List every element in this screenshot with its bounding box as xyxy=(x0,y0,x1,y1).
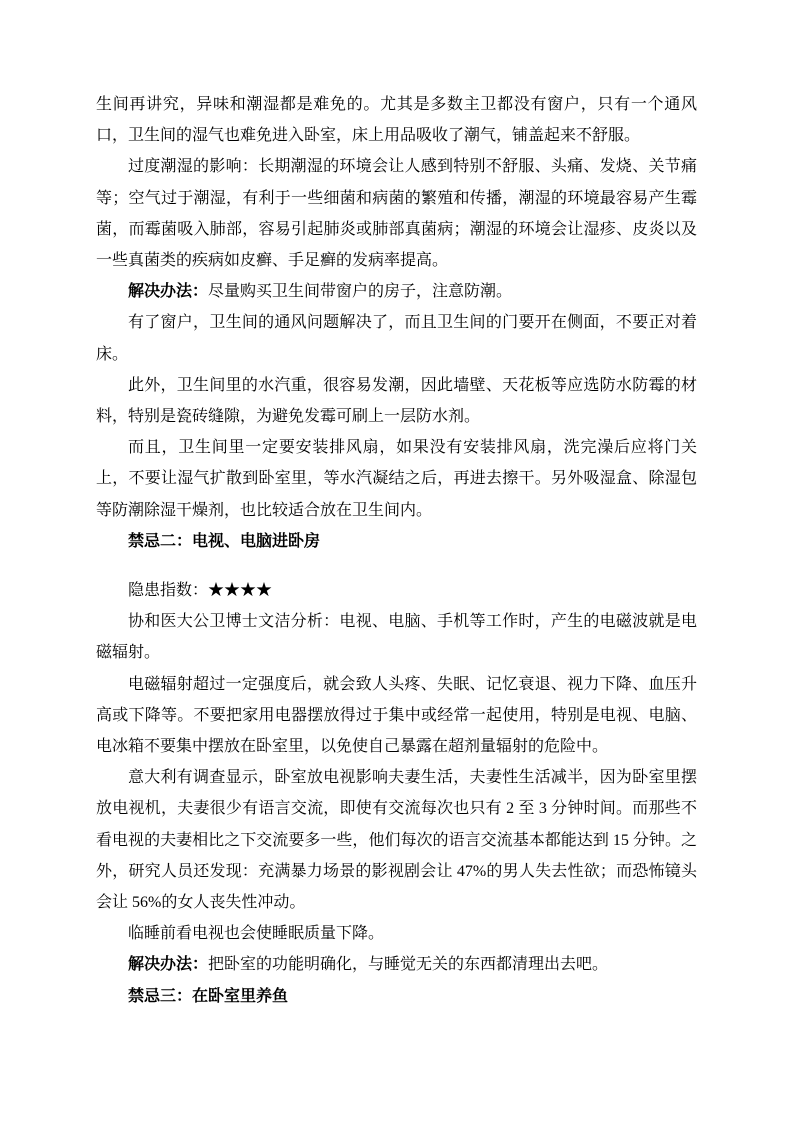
paragraph-text: 而且，卫生间里一定要安装排风扇，如果没有安装排风扇，洗完澡后应将门关上，不要让湿… xyxy=(96,439,697,518)
paragraph-text: 此外，卫生间里的水汽重，很容易发潮，因此墙壁、天花板等应选防水防霉的材料，特别是… xyxy=(96,377,697,425)
paragraph-italy-survey: 意大利有调查显示，卧室放电视影响夫妻生活，夫妻性生活减半，因为卧室里摆放电视机，… xyxy=(96,762,697,918)
paragraph-text: 把卧室的功能明确化，与睡觉无关的东西都清理出去吧。 xyxy=(208,956,608,973)
solution-label: 解决办法： xyxy=(128,283,208,300)
paragraph-text: 有了窗户，卫生间的通风问题解决了，而且卫生间的门要开在侧面，不要正对着床。 xyxy=(96,314,697,362)
solution-label: 解决办法： xyxy=(128,956,208,973)
hazard-index-text: 隐患指数：★★★★ xyxy=(128,582,272,599)
paragraph-solution-bedroom: 解决办法：把卧室的功能明确化，与睡觉无关的东西都清理出去吧。 xyxy=(96,949,697,980)
paragraph-excess-humidity-effects: 过度潮湿的影响：长期潮湿的环境会让人感到特别不舒服、头痛、发烧、关节痛等；空气过… xyxy=(96,151,697,276)
blank-line xyxy=(96,557,697,575)
paragraph-tv-before-sleep: 临睡前看电视也会使睡眠质量下降。 xyxy=(96,918,697,949)
heading-text: 禁忌三：在卧室里养鱼 xyxy=(128,988,288,1005)
paragraph-emf-effects: 电磁辐射超过一定强度后，就会致人头疼、失眠、记忆衰退、视力下降、血压升高或下降等… xyxy=(96,669,697,763)
paragraph-text: 协和医大公卫博士文洁分析：电视、电脑、手机等工作时，产生的电磁波就是电磁辐射。 xyxy=(96,613,697,661)
paragraph-text: 电磁辐射超过一定强度后，就会致人头疼、失眠、记忆衰退、视力下降、血压升高或下降等… xyxy=(96,676,697,755)
heading-text: 禁忌二：电视、电脑进卧房 xyxy=(128,533,320,550)
paragraph-text: 过度潮湿的影响：长期潮湿的环境会让人感到特别不舒服、头痛、发烧、关节痛等；空气过… xyxy=(96,158,697,269)
paragraph-text: 意大利有调查显示，卧室放电视影响夫妻生活，夫妻性生活减半，因为卧室里摆放电视机，… xyxy=(96,769,697,911)
heading-taboo-3: 禁忌三：在卧室里养鱼 xyxy=(96,981,697,1012)
paragraph-bathroom-intro-continuation: 生间再讲究，异味和潮湿都是难免的。尤其是多数主卫都没有窗户，只有一个通风口，卫生… xyxy=(96,89,697,151)
heading-taboo-2: 禁忌二：电视、电脑进卧房 xyxy=(96,526,697,557)
paragraph-text: 生间再讲究，异味和潮湿都是难免的。尤其是多数主卫都没有窗户，只有一个通风口，卫生… xyxy=(96,96,697,144)
paragraph-expert-analysis: 协和医大公卫博士文洁分析：电视、电脑、手机等工作时，产生的电磁波就是电磁辐射。 xyxy=(96,606,697,668)
paragraph-waterproof-materials: 此外，卫生间里的水汽重，很容易发潮，因此墙壁、天花板等应选防水防霉的材料，特别是… xyxy=(96,370,697,432)
paragraph-text: 尽量购买卫生间带窗户的房子，注意防潮。 xyxy=(208,283,512,300)
paragraph-window-ventilation: 有了窗户，卫生间的通风问题解决了，而且卫生间的门要开在侧面，不要正对着床。 xyxy=(96,307,697,369)
hazard-index-line: 隐患指数：★★★★ xyxy=(96,575,697,606)
paragraph-exhaust-fan: 而且，卫生间里一定要安装排风扇，如果没有安装排风扇，洗完澡后应将门关上，不要让湿… xyxy=(96,432,697,526)
paragraph-text: 临睡前看电视也会使睡眠质量下降。 xyxy=(128,925,384,942)
paragraph-solution-bathroom: 解决办法：尽量购买卫生间带窗户的房子，注意防潮。 xyxy=(96,276,697,307)
document-page: 生间再讲究，异味和潮湿都是难免的。尤其是多数主卫都没有窗户，只有一个通风口，卫生… xyxy=(96,89,697,1012)
